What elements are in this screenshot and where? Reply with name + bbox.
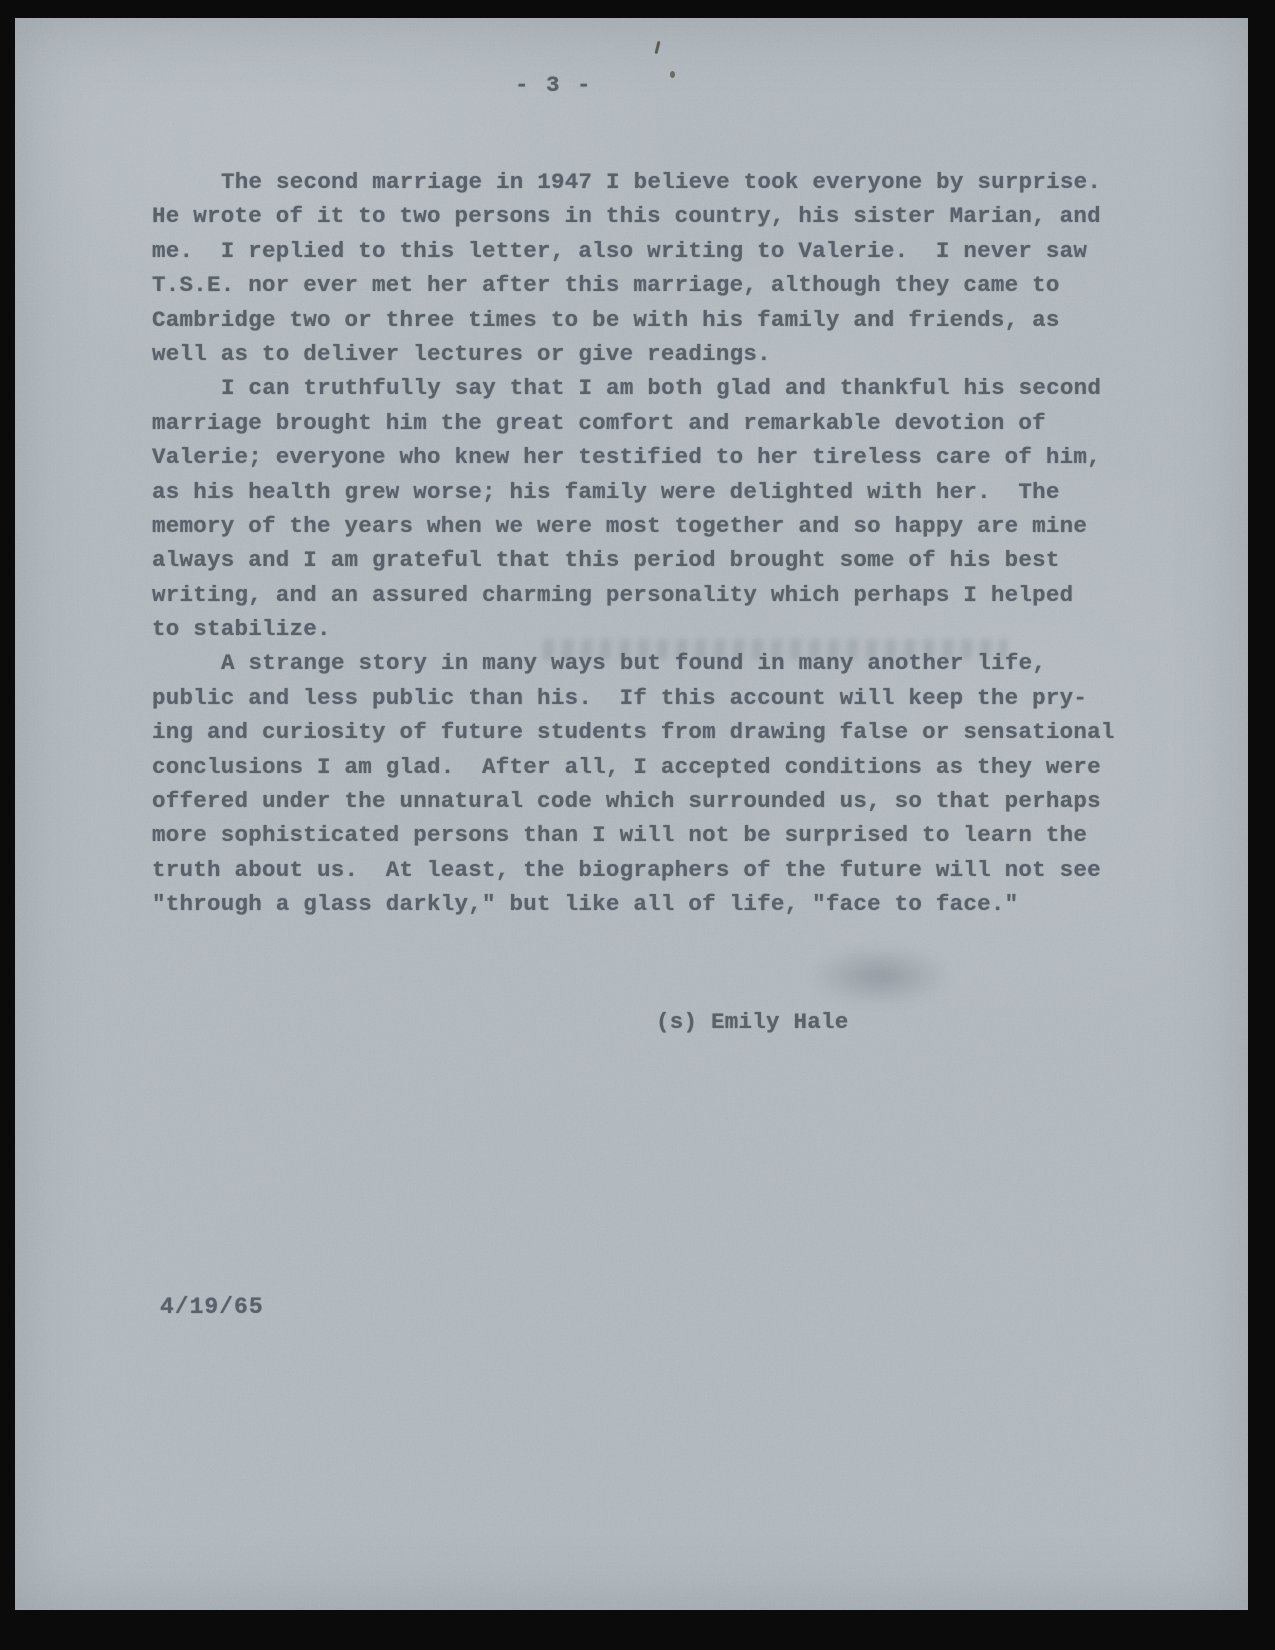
text-line: Cambridge two or three times to be with … — [152, 303, 1115, 337]
text-line: T.S.E. nor ever met her after this marri… — [152, 268, 1115, 302]
text-line: more sophisticated persons than I will n… — [152, 818, 1115, 852]
text-line: memory of the years when we were most to… — [152, 509, 1115, 543]
paragraph-3: A strange story in many ways but found i… — [152, 646, 1115, 921]
letter-page: - 3 - The second marriage in 1947 I beli… — [15, 18, 1248, 1610]
text-line: offered under the unnatural code which s… — [152, 784, 1115, 818]
page-number: - 3 - — [515, 72, 593, 98]
typed-signature: (s) Emily Hale — [656, 1009, 849, 1035]
text-line: as his health grew worse; his family wer… — [152, 475, 1115, 509]
letter-body: The second marriage in 1947 I believe to… — [152, 165, 1115, 922]
text-line: well as to deliver lectures or give read… — [152, 337, 1115, 371]
text-line: public and less public than his. If this… — [152, 681, 1115, 715]
text-line: truth about us. At least, the biographer… — [152, 853, 1115, 887]
text-line: conclusions I am glad. After all, I acce… — [152, 750, 1115, 784]
date-notation: 4/19/65 — [160, 1294, 264, 1320]
text-line: writing, and an assured charming persona… — [152, 578, 1115, 612]
text-line: He wrote of it to two persons in this co… — [152, 199, 1115, 233]
text-line: always and I am grateful that this perio… — [152, 543, 1115, 577]
text-line: I can truthfully say that I am both glad… — [152, 371, 1115, 405]
text-line: ing and curiosity of future students fro… — [152, 715, 1115, 749]
text-line: me. I replied to this letter, also writi… — [152, 234, 1115, 268]
bleed-through-smudge — [785, 936, 975, 1016]
ink-speck — [670, 71, 675, 78]
text-line: marriage brought him the great comfort a… — [152, 406, 1115, 440]
paragraph-2: I can truthfully say that I am both glad… — [152, 371, 1115, 646]
bleed-through-text — [542, 639, 1007, 660]
text-line: Valerie; everyone who knew her testified… — [152, 440, 1115, 474]
ink-speck — [654, 41, 660, 54]
paragraph-1: The second marriage in 1947 I believe to… — [152, 165, 1115, 371]
text-line: "through a glass darkly," but like all o… — [152, 887, 1115, 921]
text-line: The second marriage in 1947 I believe to… — [152, 165, 1115, 199]
